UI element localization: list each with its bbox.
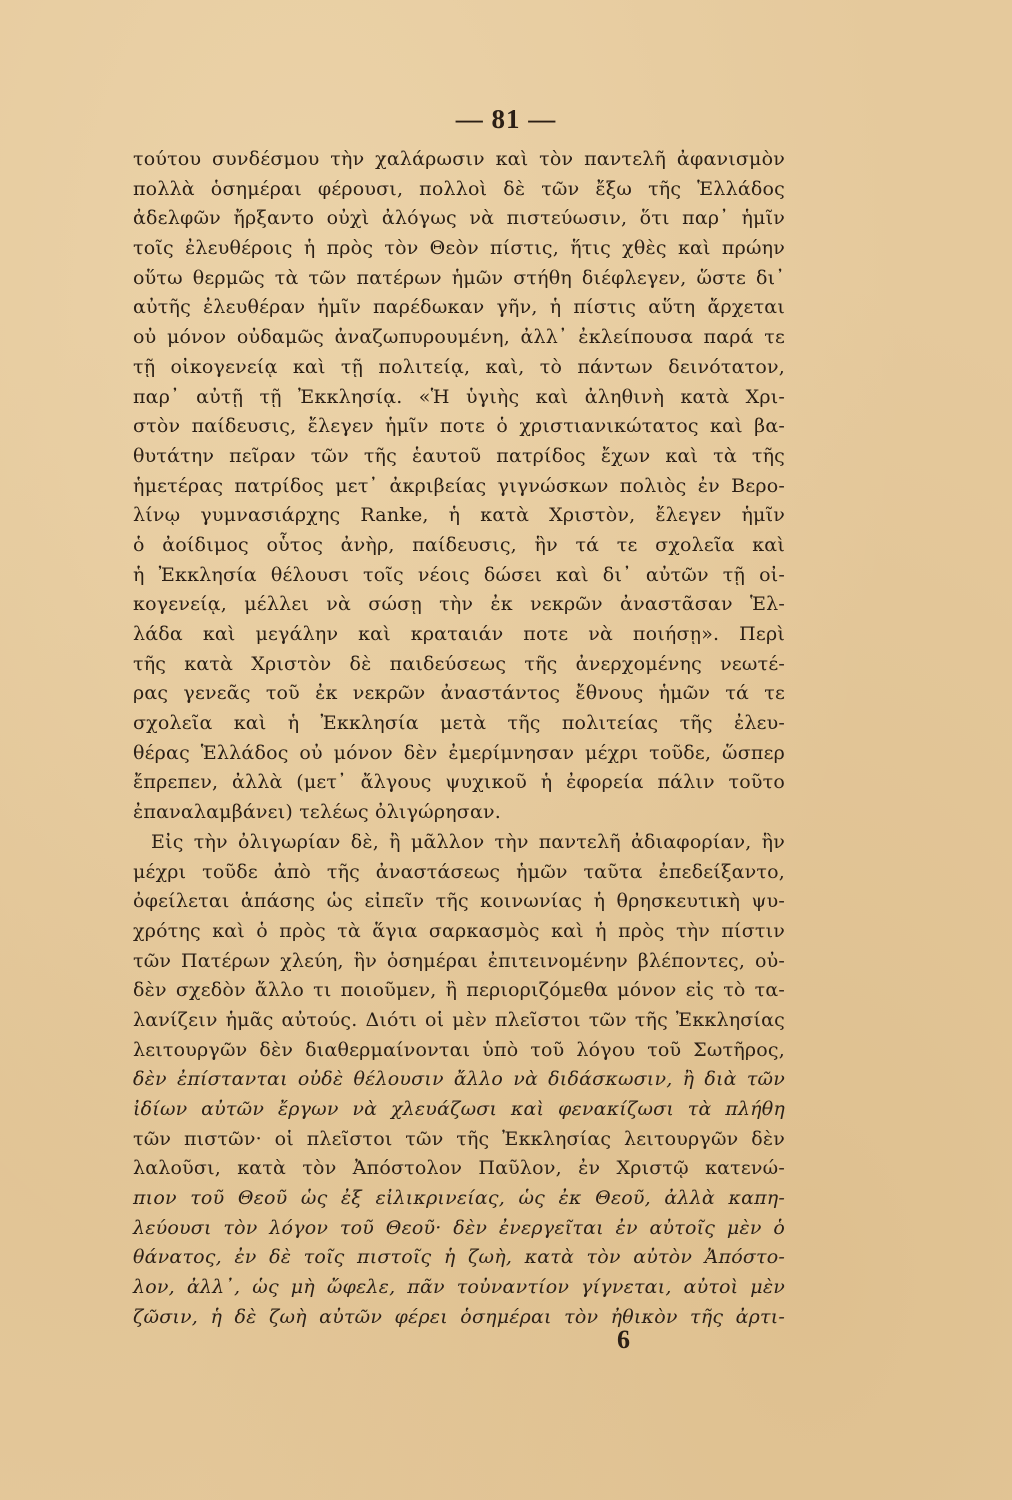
text-line: τῇ οἰκογενείᾳ καὶ τῇ πολιτείᾳ, καὶ, τὸ π…	[133, 353, 785, 383]
text-line: ζῶσιν, ἡ δὲ ζωὴ αὐτῶν φέρει ὁσημέραι τὸν…	[133, 1303, 785, 1333]
body-text: τούτου συνδέσμου τὴν χαλάρωσιν καὶ τὸν π…	[133, 145, 785, 1333]
text-line: ἰδίων αὐτῶν ἔργων νὰ χλευάζωσι καὶ φενακ…	[133, 1095, 785, 1125]
text-line: τῶν Πατέρων χλεύη, ἣν ὁσημέραι ἐπιτεινομ…	[133, 947, 785, 977]
text-line: στὸν παίδευσις, ἔλεγεν ἡμῖν ποτε ὁ χριστ…	[133, 412, 785, 442]
text-line: παρ᾽ αὐτῇ τῇ Ἐκκλησίᾳ. «Ἡ ὑγιὴς καὶ ἀληθ…	[133, 383, 785, 413]
text-line: ἀδελφῶν ἤρξαντο οὐχὶ ἀλόγως νὰ πιστεύωσι…	[133, 204, 785, 234]
text-line: τοῖς ἐλευθέροις ἡ πρὸς τὸν Θεὸν πίστις, …	[133, 234, 785, 264]
text-line: πιον τοῦ Θεοῦ ὡς ἐξ εἰλικρινείας, ὡς ἐκ …	[133, 1184, 785, 1214]
text-line: ἔπρεπεν, ἀλλὰ (μετ᾽ ἄλγους ψυχικοῦ ἡ ἐφο…	[133, 768, 785, 798]
text-line: πολλὰ ὁσημέραι φέρουσι, πολλοὶ δὲ τῶν ἔξ…	[133, 175, 785, 205]
text-line: δὲν ἐπίστανται οὐδὲ θέλουσιν ἄλλο νὰ διδ…	[133, 1065, 785, 1095]
text-line: λειτουργῶν δὲν διαθερμαίνονται ὑπὸ τοῦ λ…	[133, 1036, 785, 1066]
text-line: θέρας Ἑλλάδος οὐ μόνον δὲν ἐμερίμνησαν μ…	[133, 739, 785, 769]
text-line: ρας γενεᾶς τοῦ ἐκ νεκρῶν ἀναστάντος ἔθνο…	[133, 679, 785, 709]
text-line: λαλοῦσι, κατὰ τὸν Ἀπόστολον Παῦλον, ἐν Χ…	[133, 1154, 785, 1184]
text-line: δὲν σχεδὸν ἄλλο τι ποιοῦμεν, ἢ περιοριζό…	[133, 976, 785, 1006]
text-line: κογενείᾳ, μέλλει νὰ σώσῃ τὴν ἐκ νεκρῶν ἀ…	[133, 590, 785, 620]
text-line: λον, ἀλλ᾽, ὡς μὴ ὤφελε, πᾶν τοὐναντίον γ…	[133, 1273, 785, 1303]
text-line: τῶν πιστῶν· οἱ πλεῖστοι τῶν τῆς Ἐκκλησία…	[133, 1125, 785, 1155]
text-line: λίνῳ γυμνασιάρχης Ranke, ἡ κατὰ Χριστὸν,…	[133, 501, 785, 531]
text-line: μέχρι τοῦδε ἀπὸ τῆς ἀναστάσεως ἡμῶν ταῦτ…	[133, 858, 785, 888]
signature-mark: 6	[617, 1325, 630, 1355]
text-line: σχολεῖα καὶ ἡ Ἐκκλησία μετὰ τῆς πολιτεία…	[133, 709, 785, 739]
text-line: χρότης καὶ ὁ πρὸς τὰ ἅγια σαρκασμὸς καὶ …	[133, 917, 785, 947]
page-number-header: — 81 —	[0, 104, 1012, 135]
text-line: τούτου συνδέσμου τὴν χαλάρωσιν καὶ τὸν π…	[133, 145, 785, 175]
text-line: ὁ ἀοίδιμος οὗτος ἀνὴρ, παίδευσις, ἣν τά …	[133, 531, 785, 561]
text-line: οὐ μόνον οὐδαμῶς ἀναζωπυρουμένη, ἀλλ᾽ ἐκ…	[133, 323, 785, 353]
text-line: λάδα καὶ μεγάλην καὶ κραταιάν ποτε νὰ πο…	[133, 620, 785, 650]
text-line: Εἰς τὴν ὀλιγωρίαν δὲ, ἢ μᾶλλον τὴν παντε…	[133, 828, 785, 858]
text-line: λανίζειν ἡμᾶς αὐτούς. Διότι οἱ μὲν πλεῖσ…	[133, 1006, 785, 1036]
paragraph-2: Εἰς τὴν ὀλιγωρίαν δὲ, ἢ μᾶλλον τὴν παντε…	[133, 828, 785, 1333]
text-line: θυτάτην πεῖραν τῶν τῆς ἑαυτοῦ πατρίδος ἔ…	[133, 442, 785, 472]
text-line: θάνατος, ἐν δὲ τοῖς πιστοῖς ἡ ζωὴ, κατὰ …	[133, 1243, 785, 1273]
text-line: ἡ Ἐκκλησία θέλουσι τοῖς νέοις δώσει καὶ …	[133, 561, 785, 591]
paragraph-1: τούτου συνδέσμου τὴν χαλάρωσιν καὶ τὸν π…	[133, 145, 785, 828]
text-line: ἐπαναλαμβάνει) τελέως ὀλιγώρησαν.	[133, 798, 785, 828]
text-line: τῆς κατὰ Χριστὸν δὲ παιδεύσεως τῆς ἀνερχ…	[133, 650, 785, 680]
text-line: αὐτῆς ἐλευθέραν ἡμῖν παρέδωκαν γῆν, ἡ πί…	[133, 293, 785, 323]
text-line: ἡμετέρας πατρίδος μετ᾽ ἀκριβείας γιγνώσκ…	[133, 472, 785, 502]
text-line: λεύουσι τὸν λόγον τοῦ Θεοῦ· δὲν ἐνεργεῖτ…	[133, 1214, 785, 1244]
text-line: ὀφείλεται ἁπάσης ὡς εἰπεῖν τῆς κοινωνίας…	[133, 887, 785, 917]
text-line: οὕτω θερμῶς τὰ τῶν πατέρων ἡμῶν στήθη δι…	[133, 264, 785, 294]
